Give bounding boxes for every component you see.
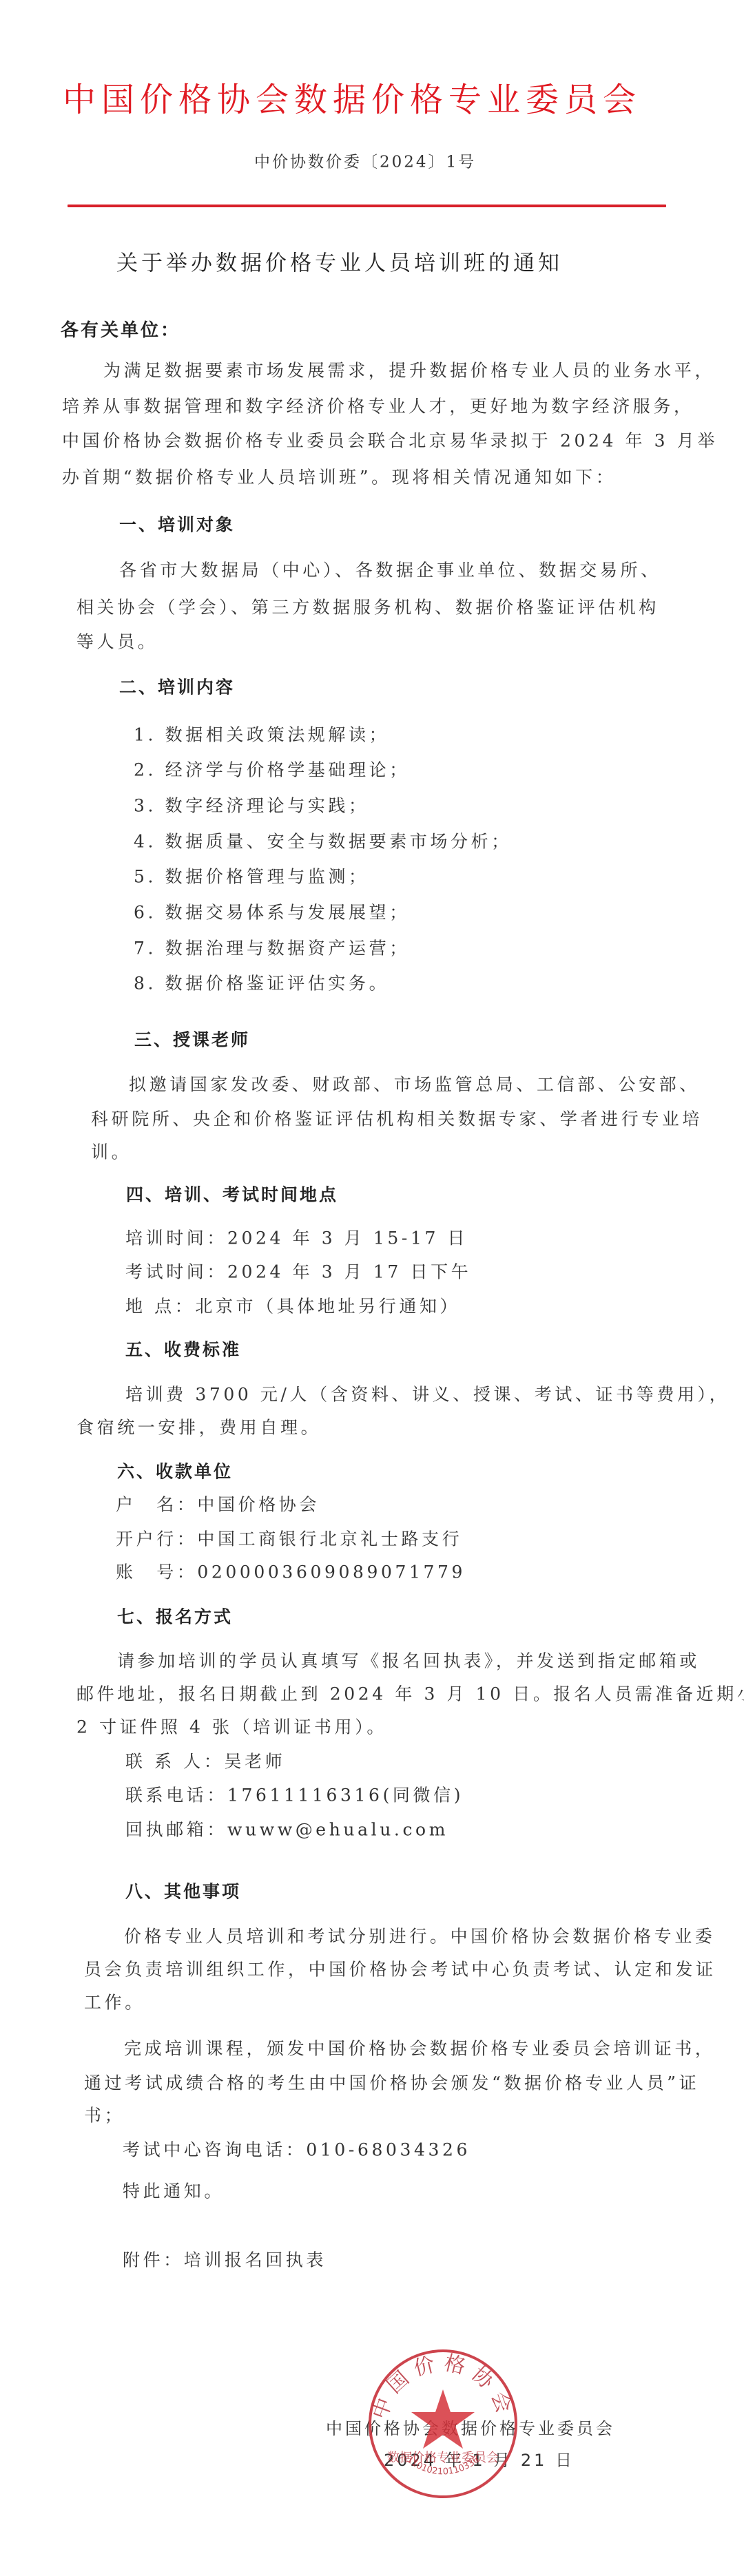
section-line: 完成培训课程，颁发中国价格协会数据价格专业委员会培训证书， <box>124 2040 715 2057</box>
section-line: 各省市大数据局（中心）、各数据企事业单位、数据交易所、 <box>119 562 661 579</box>
section-line: 相关协会（学会）、第三方数据服务机构、数据价格鉴证评估机构 <box>76 599 659 616</box>
seal-top-text: 中国价格协会 <box>368 2351 519 2422</box>
list-item: 1. 数据相关政策法规解读； <box>134 726 389 744</box>
account-name: 户 名：中国价格协会 <box>116 1496 320 1514</box>
section-heading: 四、培训、考试时间地点 <box>126 1186 338 1204</box>
section-heading: 五、收费标准 <box>125 1341 241 1359</box>
section-line: 食宿统一安排，费用自理。 <box>76 1419 321 1436</box>
red-divider <box>68 205 666 207</box>
section-heading: 八、其他事项 <box>125 1883 241 1900</box>
section-line: 科研院所、央企和价格鉴证评估机构相关数据专家、学者进行专业培 <box>91 1111 703 1128</box>
list-item: 6. 数据交易体系与发展展望； <box>134 904 410 921</box>
section-line: 员会负责培训组织工作，中国价格协会考试中心负责考试、认定和发证 <box>84 1961 716 1978</box>
bank-name: 开户行：中国工商银行北京礼士路支行 <box>116 1531 462 1548</box>
section-line: 通过考试成绩合格的考生由中国价格协会颁发“数据价格专业人员”证 <box>84 2075 699 2092</box>
signature-date: 2024 年 1 月 21 日 <box>384 2452 575 2469</box>
list-item: 8. 数据价格鉴证评估实务。 <box>134 975 389 992</box>
section-line: 等人员。 <box>76 633 158 651</box>
list-item: 3. 数字经济理论与实践； <box>134 797 369 815</box>
intro-line: 中国价格协会数据价格专业委员会联合北京易华录拟于 2024 年 3 月举 <box>62 432 718 450</box>
list-item: 4. 数据质量、安全与数据要素市场分析； <box>134 833 512 850</box>
section-heading: 七、报名方式 <box>117 1609 233 1626</box>
section-line: 请参加培训的学员认真填写《报名回执表》，并发送到指定邮箱或 <box>117 1653 700 1670</box>
document-number: 中价协数价委〔2024〕1号 <box>254 155 476 171</box>
section-line: 价格专业人员培训和考试分别进行。中国价格协会数据价格专业委 <box>124 1928 715 1945</box>
list-item: 2. 经济学与价格学基础理论； <box>134 762 410 779</box>
section-line: 书； <box>84 2107 125 2124</box>
contact-email: 回执邮箱：wuww@ehualu.com <box>125 1821 448 1839</box>
notice-title: 关于举办数据价格专业人员培训班的通知 <box>116 253 563 275</box>
section-line: 拟邀请国家发改委、财政部、市场监管总局、工信部、公安部、 <box>129 1076 700 1093</box>
section-line: 邮件地址，报名日期截止到 2024 年 3 月 10 日。报名人员需准备近期小 <box>76 1686 744 1703</box>
salutation: 各有关单位： <box>61 322 180 339</box>
attachment-note: 附件：培训报名回执表 <box>123 2252 327 2269</box>
section-line: 训。 <box>91 1144 132 1161</box>
list-item: 5. 数据价格管理与监测； <box>134 868 369 886</box>
section-line: 培训费 3700 元/人（含资料、讲义、授课、考试、证书等费用）， <box>125 1386 730 1403</box>
training-time: 培训时间：2024 年 3 月 15-17 日 <box>125 1230 468 1247</box>
intro-line: 培养从事数据管理和数字经济价格专业人才，更好地为数字经济服务， <box>62 398 694 415</box>
intro-line: 办首期“数据价格专业人员培训班”。现将相关情况通知如下： <box>62 469 616 486</box>
contact-person: 联 系 人：吴老师 <box>125 1753 285 1770</box>
section-heading: 三、授课老师 <box>134 1032 250 1049</box>
signature-org: 中国价格协会数据价格专业委员会 <box>326 2420 615 2437</box>
svg-text:中国价格协会: 中国价格协会 <box>368 2351 519 2422</box>
section-line: 2 寸证件照 4 张（培训证书用）。 <box>76 1719 387 1736</box>
contact-phone: 联系电话：17611116316(同微信) <box>125 1787 464 1804</box>
location: 地 点：北京市（具体地址另行通知） <box>125 1298 460 1315</box>
list-item: 7. 数据治理与数据资产运营； <box>134 940 410 957</box>
account-number: 账 号：0200003609089071779 <box>116 1564 466 1581</box>
section-heading: 二、培训内容 <box>119 679 235 696</box>
exam-time: 考试时间：2024 年 3 月 17 日下午 <box>125 1264 471 1281</box>
section-heading: 六、收款单位 <box>117 1463 233 1480</box>
section-line: 工作。 <box>84 1994 145 2011</box>
section-heading: 一、培训对象 <box>119 516 235 534</box>
closing-remark: 特此通知。 <box>123 2183 225 2200</box>
org-title: 中国价格协会数据价格专业委员会 <box>63 83 641 116</box>
exam-hotline: 考试中心咨询电话：010-68034326 <box>123 2142 471 2159</box>
intro-line: 为满足数据要素市场发展需求，提升数据价格专业人员的业务水平， <box>103 362 715 379</box>
